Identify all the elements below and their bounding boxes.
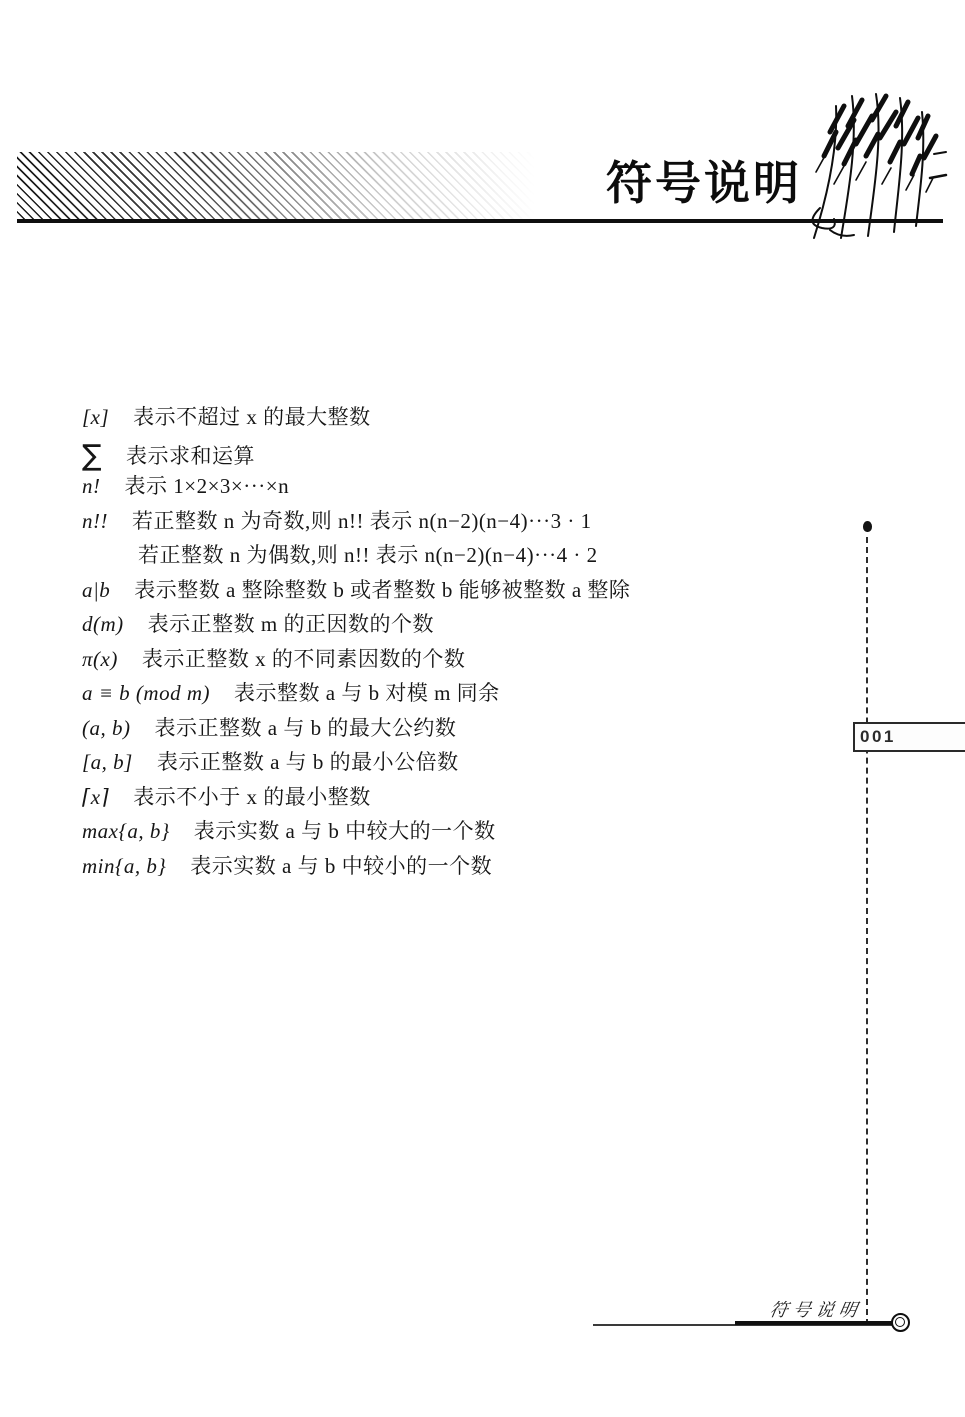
symbol-notation: [x] [82, 405, 109, 430]
symbol-row: n!! 若正整数 n 为奇数,则 n!! 表示 n(n−2)(n−4)···3 … [82, 505, 630, 540]
symbol-description: 表示正整数 a 与 b 的最大公约数 [155, 712, 457, 742]
symbol-list: [x] 表示不超过 x 的最大整数 ∑ 表示求和运算 n! 表示 1×2×3×·… [82, 401, 630, 884]
symbol-row: ⌈x⌉ 表示不小于 x 的最小整数 [82, 781, 630, 816]
symbol-row: a|b 表示整数 a 整除整数 b 或者整数 b 能够被整数 a 整除 [82, 574, 630, 609]
page-title: 符号说明 [606, 156, 802, 211]
symbol-row: (a, b) 表示正整数 a 与 b 的最大公约数 [82, 712, 630, 747]
symbol-description: 表示求和运算 [126, 440, 255, 470]
symbol-description: 表示整数 a 整除整数 b 或者整数 b 能够被整数 a 整除 [134, 574, 630, 604]
symbol-notation: π(x) [82, 647, 118, 672]
symbol-notation: ⌈x⌉ [82, 785, 109, 810]
vertical-dashed-line [866, 537, 868, 1325]
symbol-notation: max{a, b} [82, 819, 170, 844]
symbol-row: min{a, b} 表示实数 a 与 b 中较小的一个数 [82, 850, 630, 885]
dashed-line-start-dot [863, 521, 872, 532]
symbol-description: 表示不小于 x 的最小整数 [133, 781, 371, 811]
hatch-texture-band [17, 152, 557, 222]
symbol-notation: [a, b] [82, 750, 133, 775]
symbol-notation: a|b [82, 578, 110, 603]
symbol-row: [a, b] 表示正整数 a 与 b 的最小公倍数 [82, 746, 630, 781]
symbol-row: [x] 表示不超过 x 的最大整数 [82, 401, 630, 436]
symbol-description: 表示正整数 a 与 b 的最小公倍数 [157, 746, 459, 776]
symbol-description: 表示正整数 m 的正因数的个数 [148, 608, 434, 638]
symbol-notation: n!! [82, 509, 108, 534]
symbol-description: 表示实数 a 与 b 中较大的一个数 [194, 815, 496, 845]
symbol-row: d(m) 表示正整数 m 的正因数的个数 [82, 608, 630, 643]
footer-ring-icon [891, 1313, 910, 1332]
symbol-description: 若正整数 n 为奇数,则 n!! 表示 n(n−2)(n−4)···3 · 1 [132, 505, 592, 535]
symbol-row: ∑ 表示求和运算 [82, 436, 630, 471]
page-number: 001 [855, 727, 896, 747]
reed-grass-artwork-icon [788, 90, 948, 240]
symbol-row: π(x) 表示正整数 x 的不同素因数的个数 [82, 643, 630, 678]
symbol-description: 表示 1×2×3×···×n [125, 470, 290, 500]
symbol-row: a ≡ b (mod m) 表示整数 a 与 b 对模 m 同余 [82, 677, 630, 712]
symbol-notation: d(m) [82, 612, 124, 637]
symbol-description: 表示不超过 x 的最大整数 [133, 401, 371, 431]
symbol-row: max{a, b} 表示实数 a 与 b 中较大的一个数 [82, 815, 630, 850]
symbol-description: 表示实数 a 与 b 中较小的一个数 [190, 850, 492, 880]
symbol-description: 表示正整数 x 的不同素因数的个数 [142, 643, 466, 673]
symbol-row: n! 表示 1×2×3×···×n [82, 470, 630, 505]
symbol-notation: min{a, b} [82, 854, 166, 879]
symbol-notation: ∑ [82, 438, 102, 472]
footer-title: 符号说明 [768, 1296, 865, 1322]
symbol-description: 表示整数 a 与 b 对模 m 同余 [234, 677, 500, 707]
page-number-box: 001 [853, 722, 965, 752]
symbol-description: 若正整数 n 为偶数,则 n!! 表示 n(n−2)(n−4)···4 · 2 [138, 539, 598, 569]
scanned-book-page: 符号说明 [x] 表 [0, 0, 965, 1417]
symbol-row: 若正整数 n 为偶数,则 n!! 表示 n(n−2)(n−4)···4 · 2 [82, 539, 630, 574]
symbol-notation: (a, b) [82, 716, 131, 741]
symbol-notation: n! [82, 474, 101, 499]
footer-ring-inner-circle [895, 1317, 905, 1327]
symbol-notation: a ≡ b (mod m) [82, 681, 210, 706]
